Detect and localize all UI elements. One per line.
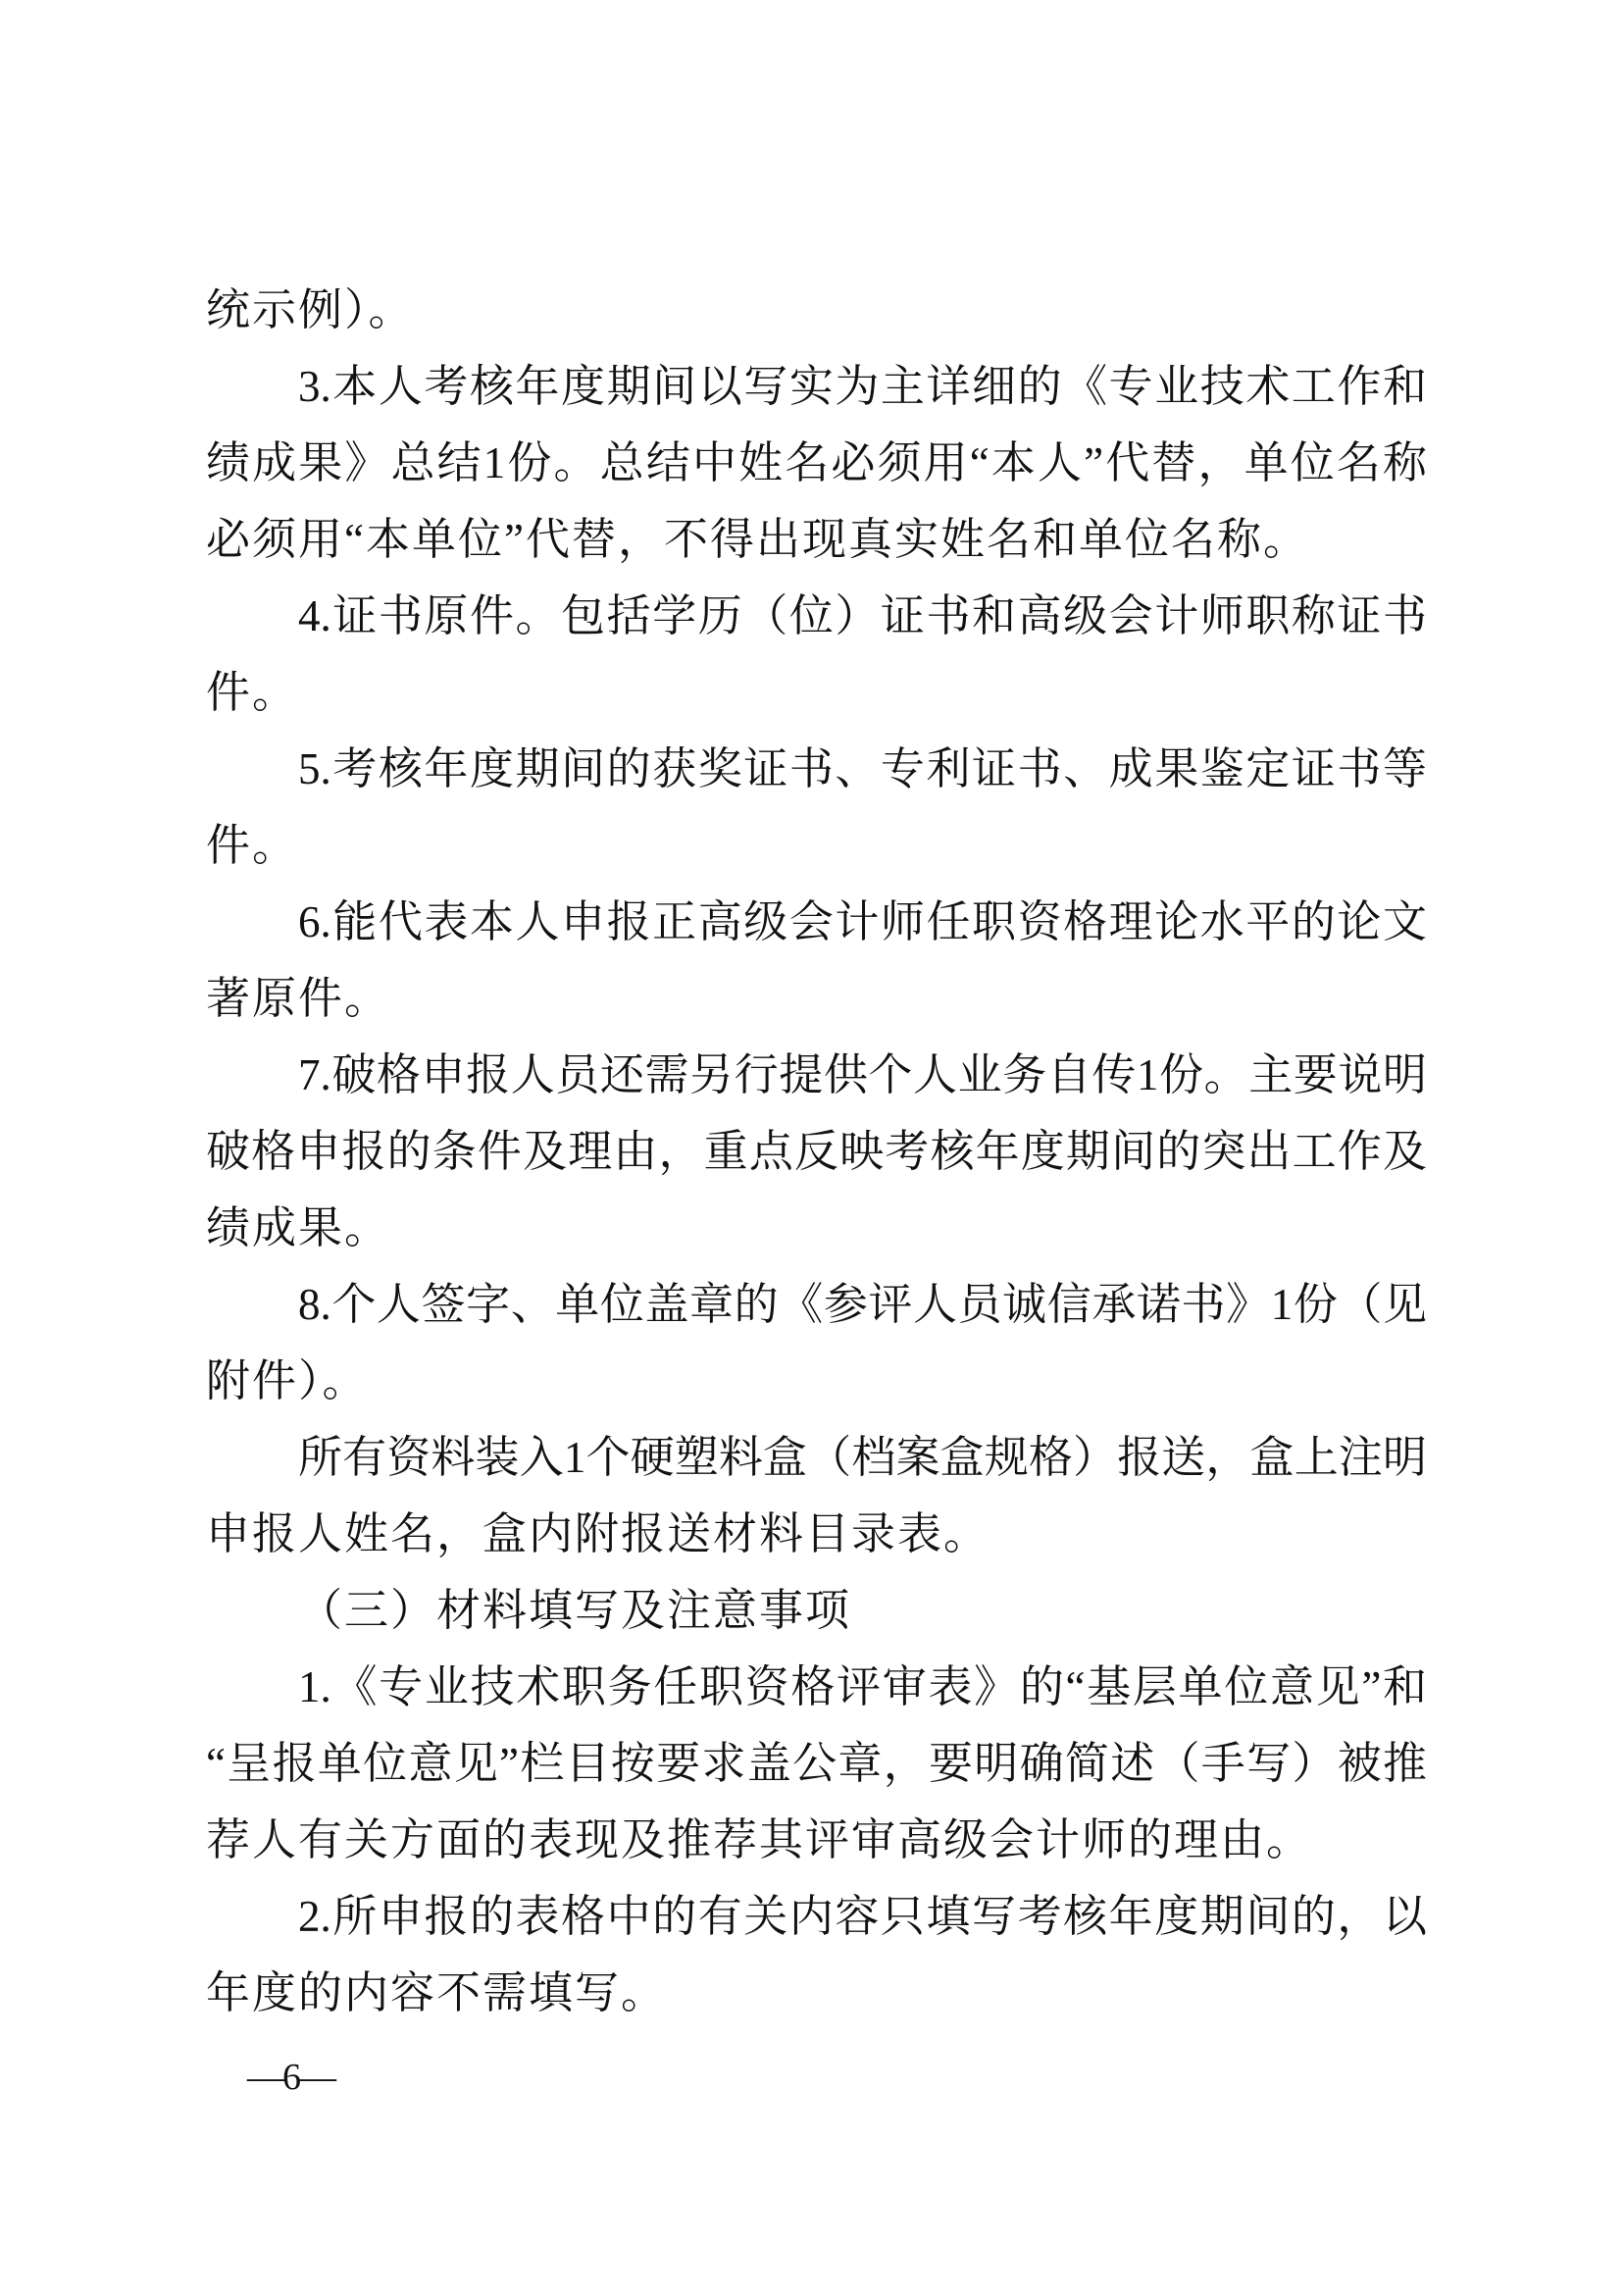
document-body: 统示例）。3.本人考核年度期间以写实为主详细的《专业技术工作和业绩成果》总结1份… (206, 272, 1427, 2031)
text-line: 绩成果。 (206, 1190, 1427, 1266)
text-line: 8.个人签字、单位盖章的《参评人员诚信承诺书》1份（见 (206, 1266, 1427, 1343)
page-number: —6— (247, 2056, 334, 2099)
text-line: （三）材料填写及注意事项 (206, 1572, 1427, 1649)
text-line: 年度的内容不需填写。 (206, 1955, 1427, 2031)
text-line: 附件）。 (206, 1343, 1427, 1419)
text-line: 著原件。 (206, 960, 1427, 1037)
text-line: “呈报单位意见”栏目按要求盖公章，要明确简述（手写）被推 (206, 1725, 1427, 1802)
text-line: 必须用“本单位”代替，不得出现真实姓名和单位名称。 (206, 501, 1427, 578)
text-line: 2.所申报的表格中的有关内容只填写考核年度期间的，以前 (206, 1878, 1427, 1955)
text-line: 4.证书原件。包括学历（位）证书和高级会计师职称证书原 (206, 578, 1427, 654)
text-line: 6.能代表本人申报正高级会计师任职资格理论水平的论文论 (206, 884, 1427, 960)
text-line: 7.破格申报人员还需另行提供个人业务自传1份。主要说明 (206, 1037, 1427, 1113)
text-line: 3.本人考核年度期间以写实为主详细的《专业技术工作和业 (206, 348, 1427, 425)
document-page: 统示例）。3.本人考核年度期间以写实为主详细的《专业技术工作和业绩成果》总结1份… (0, 0, 1624, 2294)
text-line: 5.考核年度期间的获奖证书、专利证书、成果鉴定证书等原 (206, 731, 1427, 807)
text-line: 1.《专业技术职务任职资格评审表》的“基层单位意见”和 (206, 1649, 1427, 1725)
text-line: 破格申报的条件及理由，重点反映考核年度期间的突出工作及业 (206, 1113, 1427, 1190)
text-line: 申报人姓名，盒内附报送材料目录表。 (206, 1496, 1427, 1572)
text-line: 所有资料装入1个硬塑料盒（档案盒规格）报送，盒上注明 (206, 1419, 1427, 1496)
text-line: 统示例）。 (206, 272, 1427, 348)
text-line: 件。 (206, 654, 1427, 731)
text-line: 件。 (206, 807, 1427, 884)
text-line: 绩成果》总结1份。总结中姓名必须用“本人”代替，单位名称 (206, 425, 1427, 501)
text-line: 荐人有关方面的表现及推荐其评审高级会计师的理由。 (206, 1802, 1427, 1878)
